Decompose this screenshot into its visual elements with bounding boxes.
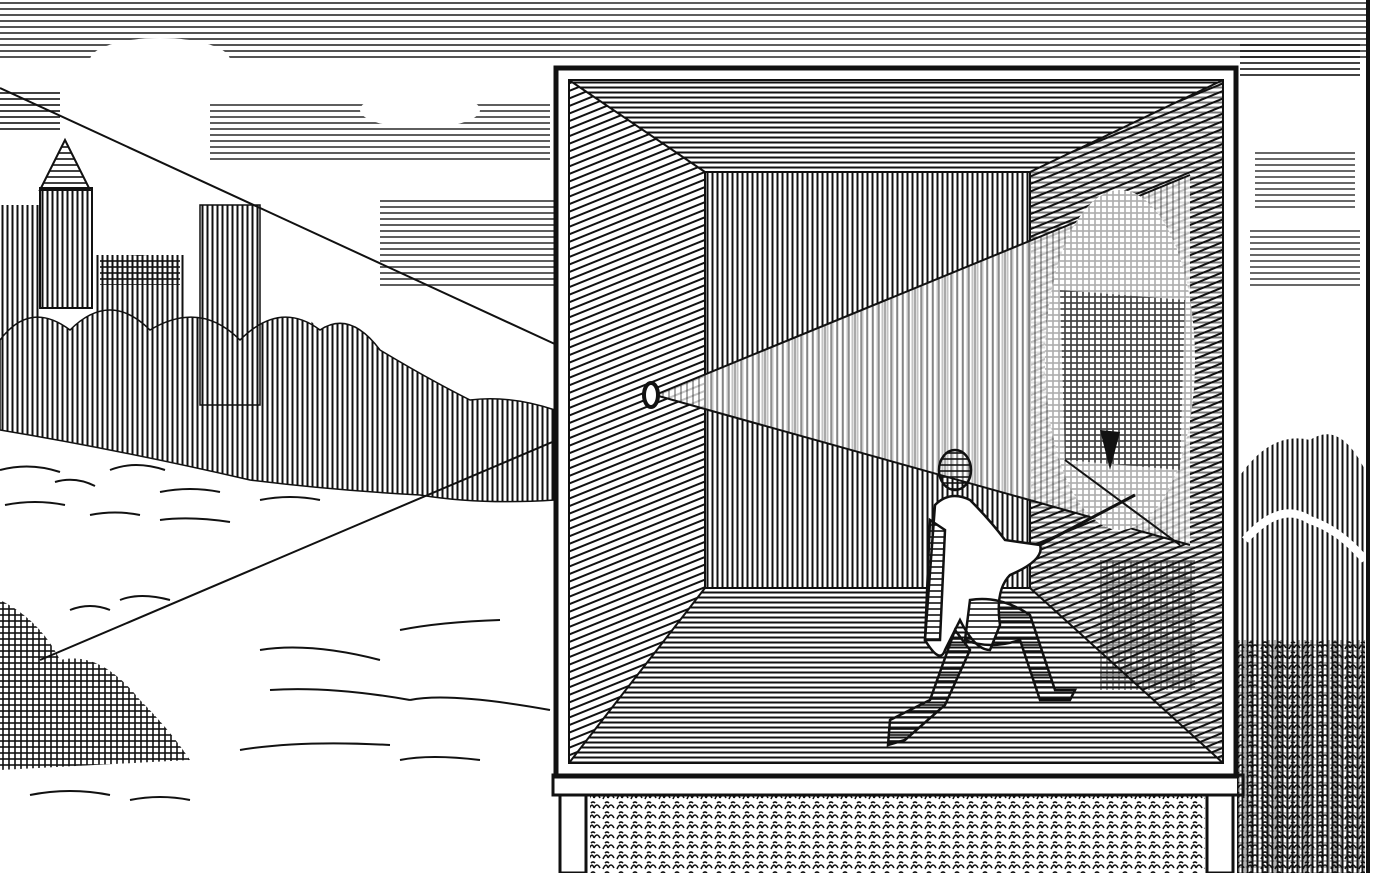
pinhole [644,383,658,407]
camera-obscura-chamber [553,68,1243,873]
camera-obscura-engraving [0,0,1389,873]
right-landscape [1237,434,1365,873]
